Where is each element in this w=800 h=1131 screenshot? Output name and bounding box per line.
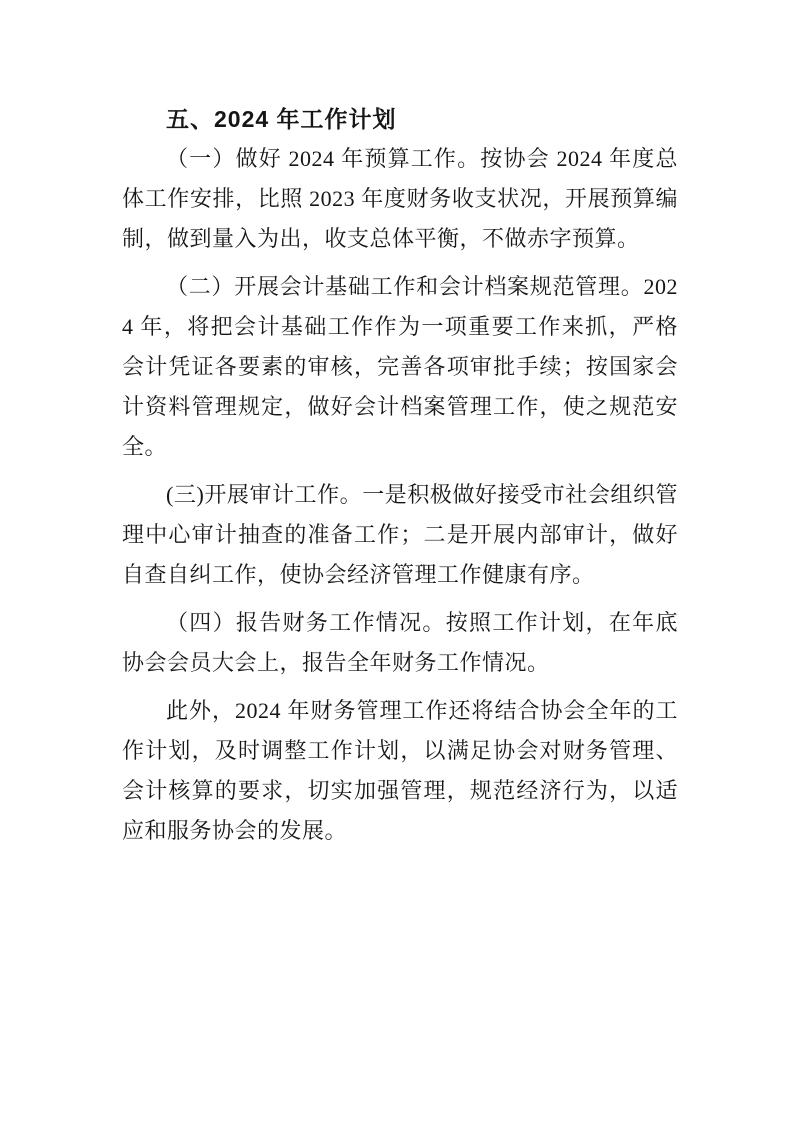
document-page: 五、2024 年工作计划 （一）做好 2024 年预算工作。按协会 2024 年… bbox=[0, 0, 800, 1131]
paragraph-financial-reporting: （四）报告财务工作情况。按照工作计划，在年底协会会员大会上，报告全年财务工作情况… bbox=[122, 603, 678, 683]
paragraph-budget-work: （一）做好 2024 年预算工作。按协会 2024 年度总体工作安排，比照 20… bbox=[122, 139, 678, 259]
document-content: 五、2024 年工作计划 （一）做好 2024 年预算工作。按协会 2024 年… bbox=[0, 0, 800, 1131]
paragraph-closing-remarks: 此外，2024 年财务管理工作还将结合协会全年的工作计划，及时调整工作计划，以满… bbox=[122, 691, 678, 851]
paragraph-accounting-basics: （二）开展会计基础工作和会计档案规范管理。2024 年，将把会计基础工作作为一项… bbox=[122, 267, 678, 467]
section-heading: 五、2024 年工作计划 bbox=[122, 99, 678, 139]
paragraph-audit-work: (三)开展审计工作。一是积极做好接受市社会组织管理中心审计抽查的准备工作；二是开… bbox=[122, 475, 678, 595]
